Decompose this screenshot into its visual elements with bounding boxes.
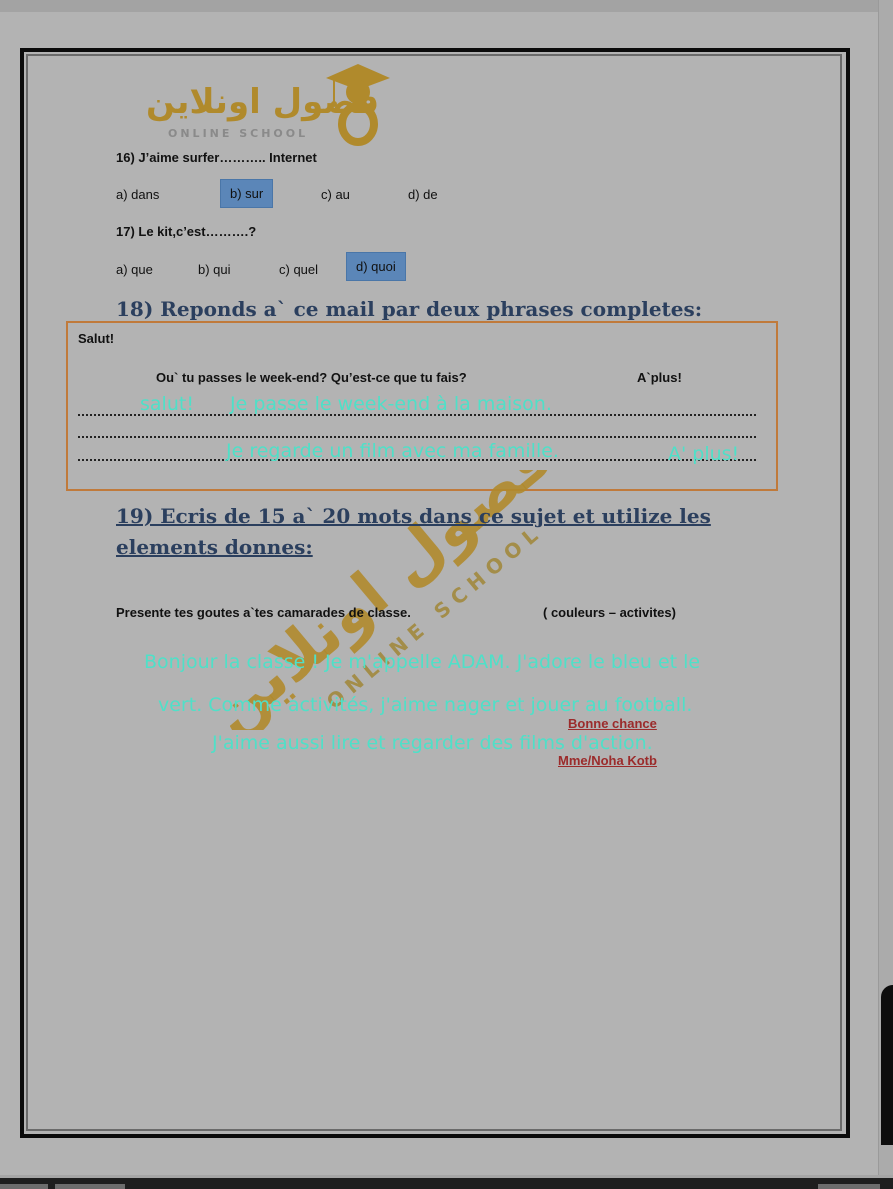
q19-elements: ( couleurs – activites) [543, 605, 676, 620]
q18-answer-sentence-1: Je passe le week-end à la maison. [230, 393, 552, 415]
q16-option-a[interactable]: a) dans [116, 187, 159, 202]
good-luck-text: Bonne chance [568, 716, 657, 731]
q18-answer-closing: A' plus! [668, 443, 739, 465]
q16-option-d[interactable]: d) de [408, 187, 438, 202]
question-17-prompt: 17) Le kit,c’est……….? [116, 224, 256, 239]
q17-option-b[interactable]: b) qui [198, 262, 231, 277]
q17-option-d-selected[interactable]: d) quoi [346, 252, 406, 281]
question-19-heading-line-1: 19) Ecris de 15 a` 20 mots dans ce sujet… [116, 504, 711, 528]
q19-answer-line-3: J'aime aussi lire et regarder des films … [212, 732, 653, 754]
bottom-tab-1[interactable] [0, 1184, 48, 1189]
scrollbar-thumb[interactable] [881, 985, 893, 1145]
q16-option-c[interactable]: c) au [321, 187, 350, 202]
logo-latin-text: ONLINE SCHOOL [168, 127, 308, 140]
bottom-tab-2[interactable] [55, 1184, 125, 1189]
q19-answer-line-2: vert. Comme activités, j'aime nager et j… [158, 694, 692, 716]
q19-answer-line-1: Bonjour la classe ! Je m'appelle ADAM. J… [144, 651, 700, 673]
bottom-tab-3[interactable] [818, 1184, 880, 1189]
q16-option-b-selected[interactable]: b) sur [220, 179, 273, 208]
mail-closing: A`plus! [637, 370, 682, 385]
mail-greeting: Salut! [78, 331, 114, 346]
q17-option-c[interactable]: c) quel [279, 262, 318, 277]
mail-body: Ou` tu passes le week-end? Qu’est-ce que… [156, 370, 467, 385]
q18-answer-greeting: salut! [140, 393, 194, 415]
answer-line-2 [78, 436, 756, 438]
viewer-top-bar [0, 0, 893, 12]
question-16-prompt: 16) J’aime surfer……….. Internet [116, 150, 317, 165]
teacher-signature: Mme/Noha Kotb [558, 753, 657, 768]
q18-answer-sentence-2: Je regarde un film avec ma famille. [226, 440, 559, 462]
question-19-heading-line-2: elements donnes: [116, 535, 313, 559]
q19-topic: Presente tes goutes a`tes camarades de c… [116, 605, 411, 620]
question-18-heading: 18) Reponds a` ce mail par deux phrases … [116, 297, 702, 321]
q17-option-a[interactable]: a) que [116, 262, 153, 277]
viewer-bottom-bar [0, 1175, 893, 1189]
graduate-cap-logo-icon [322, 62, 394, 146]
